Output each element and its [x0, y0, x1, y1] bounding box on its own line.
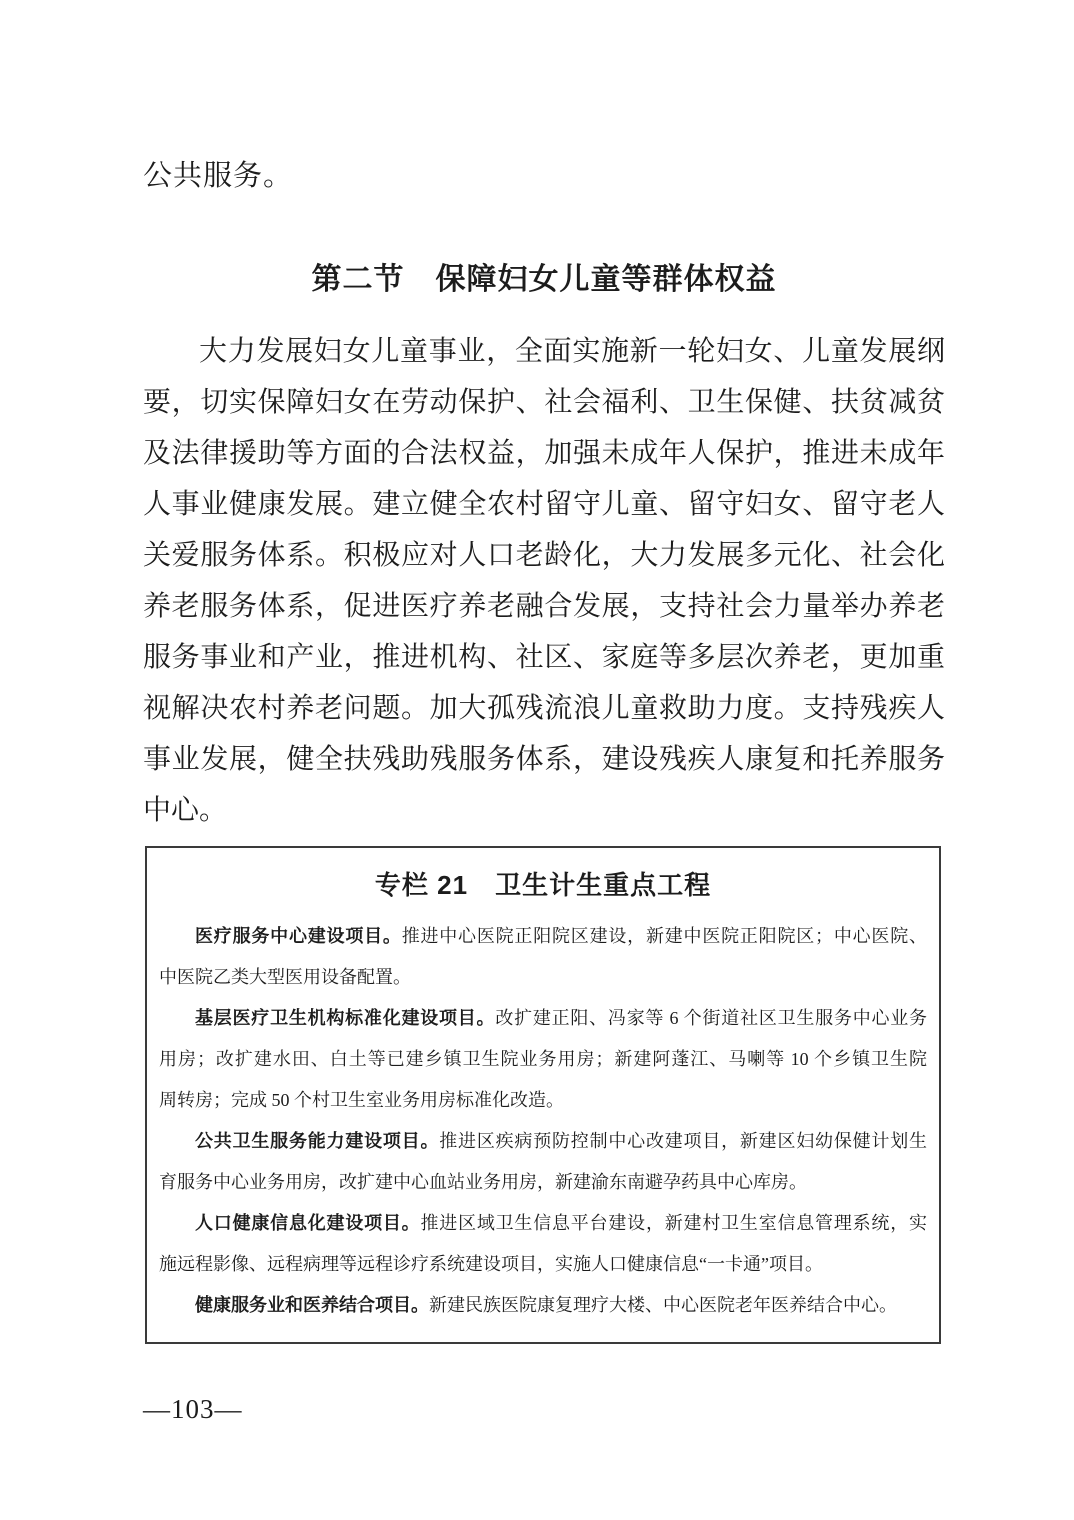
document-page: 公共服务。 第二节 保障妇女儿童等群体权益 大力发展妇女儿童事业，全面实施新一轮… [0, 0, 1074, 1520]
body-line: 要，切实保障妇女在劳动保护、社会福利、卫生保健、扶贫减贫 [143, 377, 945, 428]
body-line: 服务事业和产业，推进机构、社区、家庭等多层次养老，更加重 [143, 632, 945, 683]
paragraph-lead: 人口健康信息化建设项目。 [195, 1213, 420, 1233]
box-paragraph-line: 施远程影像、远程病理等远程诊疗系统建设项目，实施人口健康信息“一卡通”项目。 [159, 1244, 927, 1285]
paragraph-text: 推进区疾病预防控制中心改建项目，新建区妇幼保健计划生 [439, 1131, 927, 1151]
box-paragraph-line: 周转房；完成 50 个村卫生室业务用房标准化改造。 [159, 1080, 927, 1121]
section-body: 大力发展妇女儿童事业，全面实施新一轮妇女、儿童发展纲要，切实保障妇女在劳动保护、… [143, 326, 945, 836]
paragraph-lead: 基层医疗卫生机构标准化建设项目。 [195, 1008, 495, 1028]
box-paragraph-first-line: 健康服务业和医养结合项目。新建民族医院康复理疗大楼、中心医院老年医养结合中心。 [159, 1285, 927, 1326]
page-number: —103— [143, 1392, 945, 1426]
box-paragraph-first-line: 人口健康信息化建设项目。推进区域卫生信息平台建设，新建村卫生室信息管理系统，实 [159, 1203, 927, 1244]
body-line: 视解决农村养老问题。加大孤残流浪儿童救助力度。支持残疾人 [143, 683, 945, 734]
box-paragraph-first-line: 基层医疗卫生机构标准化建设项目。改扩建正阳、冯家等 6 个街道社区卫生服务中心业… [159, 998, 927, 1039]
body-line: 中心。 [143, 785, 945, 836]
paragraph-text: 推进中心医院正阳院区建设，新建中医院正阳院区；中心医院、 [402, 926, 927, 946]
paragraph-continuation: 公共服务。 [143, 158, 945, 194]
body-line: 养老服务体系，促进医疗养老融合发展，支持社会力量举办养老 [143, 581, 945, 632]
paragraph-lead: 公共卫生服务能力建设项目。 [195, 1131, 439, 1151]
paragraph-text: 改扩建正阳、冯家等 6 个街道社区卫生服务中心业务 [495, 1008, 927, 1028]
feature-box-body: 医疗服务中心建设项目。推进中心医院正阳院区建设，新建中医院正阳院区；中心医院、中… [159, 916, 927, 1326]
body-line: 事业发展，健全扶残助残服务体系，建设残疾人康复和托养服务 [143, 734, 945, 785]
paragraph-lead: 健康服务业和医养结合项目。 [195, 1295, 429, 1315]
paragraph-text: 推进区域卫生信息平台建设，新建村卫生室信息管理系统，实 [420, 1213, 927, 1233]
box-paragraph-line: 中医院乙类大型医用设备配置。 [159, 957, 927, 998]
paragraph-lead: 医疗服务中心建设项目。 [195, 926, 402, 946]
box-paragraph-first-line: 公共卫生服务能力建设项目。推进区疾病预防控制中心改建项目，新建区妇幼保健计划生 [159, 1121, 927, 1162]
box-paragraph-line: 育服务中心业务用房，改扩建中心血站业务用房，新建渝东南避孕药具中心库房。 [159, 1162, 927, 1203]
body-line: 及法律援助等方面的合法权益，加强未成年人保护，推进未成年 [143, 428, 945, 479]
body-line: 人事业健康发展。建立健全农村留守儿童、留守妇女、留守老人 [143, 479, 945, 530]
box-paragraph-first-line: 医疗服务中心建设项目。推进中心医院正阳院区建设，新建中医院正阳院区；中心医院、 [159, 916, 927, 957]
paragraph-text: 新建民族医院康复理疗大楼、中心医院老年医养结合中心。 [429, 1295, 897, 1315]
body-line: 关爱服务体系。积极应对人口老龄化，大力发展多元化、社会化 [143, 530, 945, 581]
body-line: 大力发展妇女儿童事业，全面实施新一轮妇女、儿童发展纲 [143, 326, 945, 377]
feature-box: 专栏 21 卫生计生重点工程 医疗服务中心建设项目。推进中心医院正阳院区建设，新… [145, 846, 941, 1344]
box-paragraph-line: 用房；改扩建水田、白土等已建乡镇卫生院业务用房；新建阿蓬江、马喇等 10 个乡镇… [159, 1039, 927, 1080]
feature-box-title: 专栏 21 卫生计生重点工程 [159, 868, 927, 902]
section-heading: 第二节 保障妇女儿童等群体权益 [143, 260, 945, 300]
